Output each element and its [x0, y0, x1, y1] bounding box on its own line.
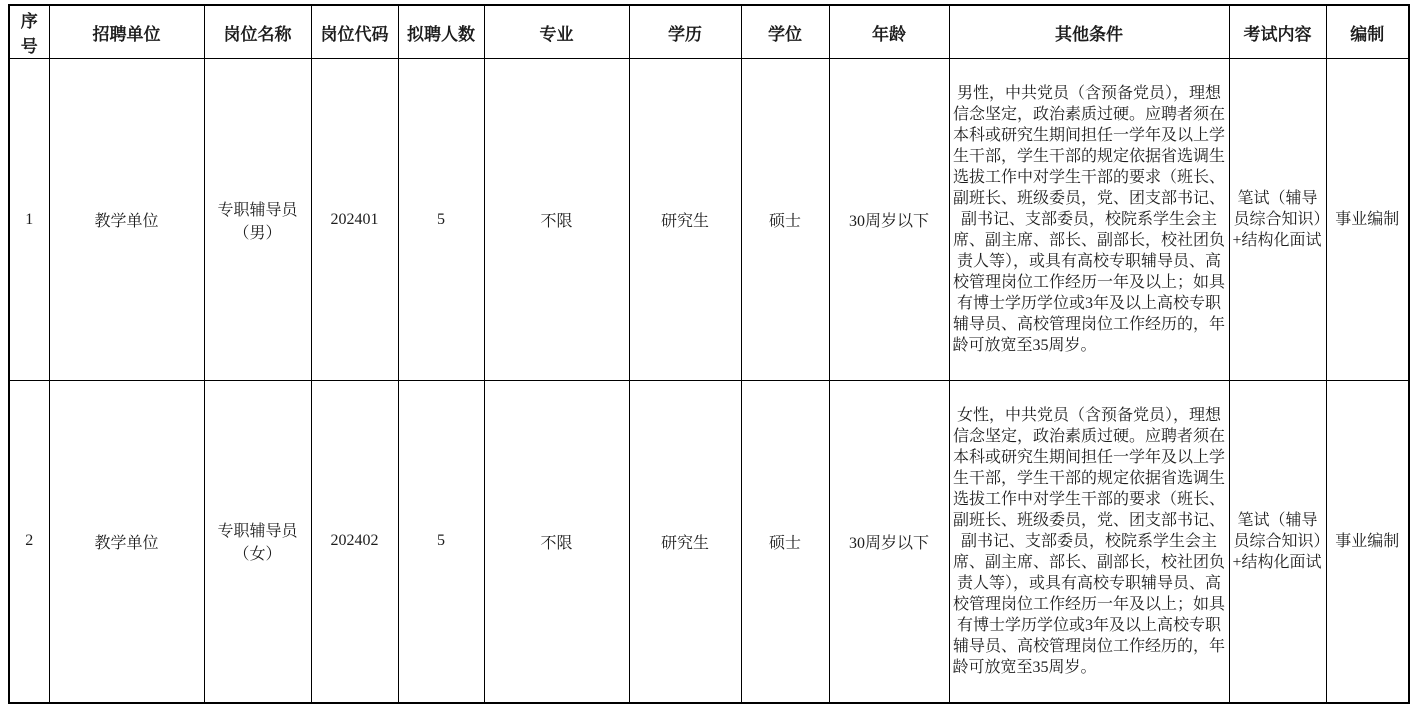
- table-row-2: 2 教学单位 专职辅导员（女） 202402 5 不限 研究生 硕士 30周岁以…: [9, 381, 1409, 703]
- header-major: 专业: [484, 5, 629, 59]
- cell-position-code: 202402: [311, 381, 398, 703]
- cell-major: 不限: [484, 381, 629, 703]
- cell-education: 研究生: [629, 59, 741, 381]
- header-recruiting-unit: 招聘单位: [49, 5, 204, 59]
- cell-establishment: 事业编制: [1326, 381, 1409, 703]
- header-other-conditions: 其他条件: [949, 5, 1229, 59]
- cell-age: 30周岁以下: [829, 381, 949, 703]
- cell-planned-hires: 5: [398, 59, 484, 381]
- cell-age: 30周岁以下: [829, 59, 949, 381]
- header-degree: 学位: [741, 5, 829, 59]
- table-row-1: 1 教学单位 专职辅导员（男） 202401 5 不限 研究生 硕士 30周岁以…: [9, 59, 1409, 381]
- cell-planned-hires: 5: [398, 381, 484, 703]
- cell-other-conditions: 女性，中共党员（含预备党员），理想信念坚定，政治素质过硬。应聘者须在本科或研究生…: [949, 381, 1229, 703]
- header-planned-hires: 拟聘人数: [398, 5, 484, 59]
- cell-other-conditions: 男性，中共党员（含预备党员），理想信念坚定，政治素质过硬。应聘者须在本科或研究生…: [949, 59, 1229, 381]
- cell-recruiting-unit: 教学单位: [49, 59, 204, 381]
- cell-degree: 硕士: [741, 59, 829, 381]
- cell-position-name: 专职辅导员（女）: [204, 381, 311, 703]
- header-position-code: 岗位代码: [311, 5, 398, 59]
- cell-exam-content: 笔试（辅导员综合知识）+结构化面试: [1229, 381, 1326, 703]
- recruitment-table: 序号 招聘单位 岗位名称 岗位代码 拟聘人数 专业 学历 学位 年龄 其他条件 …: [8, 4, 1410, 704]
- cell-serial: 2: [9, 381, 49, 703]
- cell-degree: 硕士: [741, 381, 829, 703]
- cell-exam-content: 笔试（辅导员综合知识）+结构化面试: [1229, 59, 1326, 381]
- header-row: 序号 招聘单位 岗位名称 岗位代码 拟聘人数 专业 学历 学位 年龄 其他条件 …: [9, 5, 1409, 59]
- cell-position-code: 202401: [311, 59, 398, 381]
- header-exam-content: 考试内容: [1229, 5, 1326, 59]
- cell-education: 研究生: [629, 381, 741, 703]
- header-age: 年龄: [829, 5, 949, 59]
- header-serial: 序号: [9, 5, 49, 59]
- cell-establishment: 事业编制: [1326, 59, 1409, 381]
- cell-major: 不限: [484, 59, 629, 381]
- header-position-name: 岗位名称: [204, 5, 311, 59]
- cell-position-name: 专职辅导员（男）: [204, 59, 311, 381]
- header-establishment: 编制: [1326, 5, 1409, 59]
- header-education: 学历: [629, 5, 741, 59]
- cell-serial: 1: [9, 59, 49, 381]
- cell-recruiting-unit: 教学单位: [49, 381, 204, 703]
